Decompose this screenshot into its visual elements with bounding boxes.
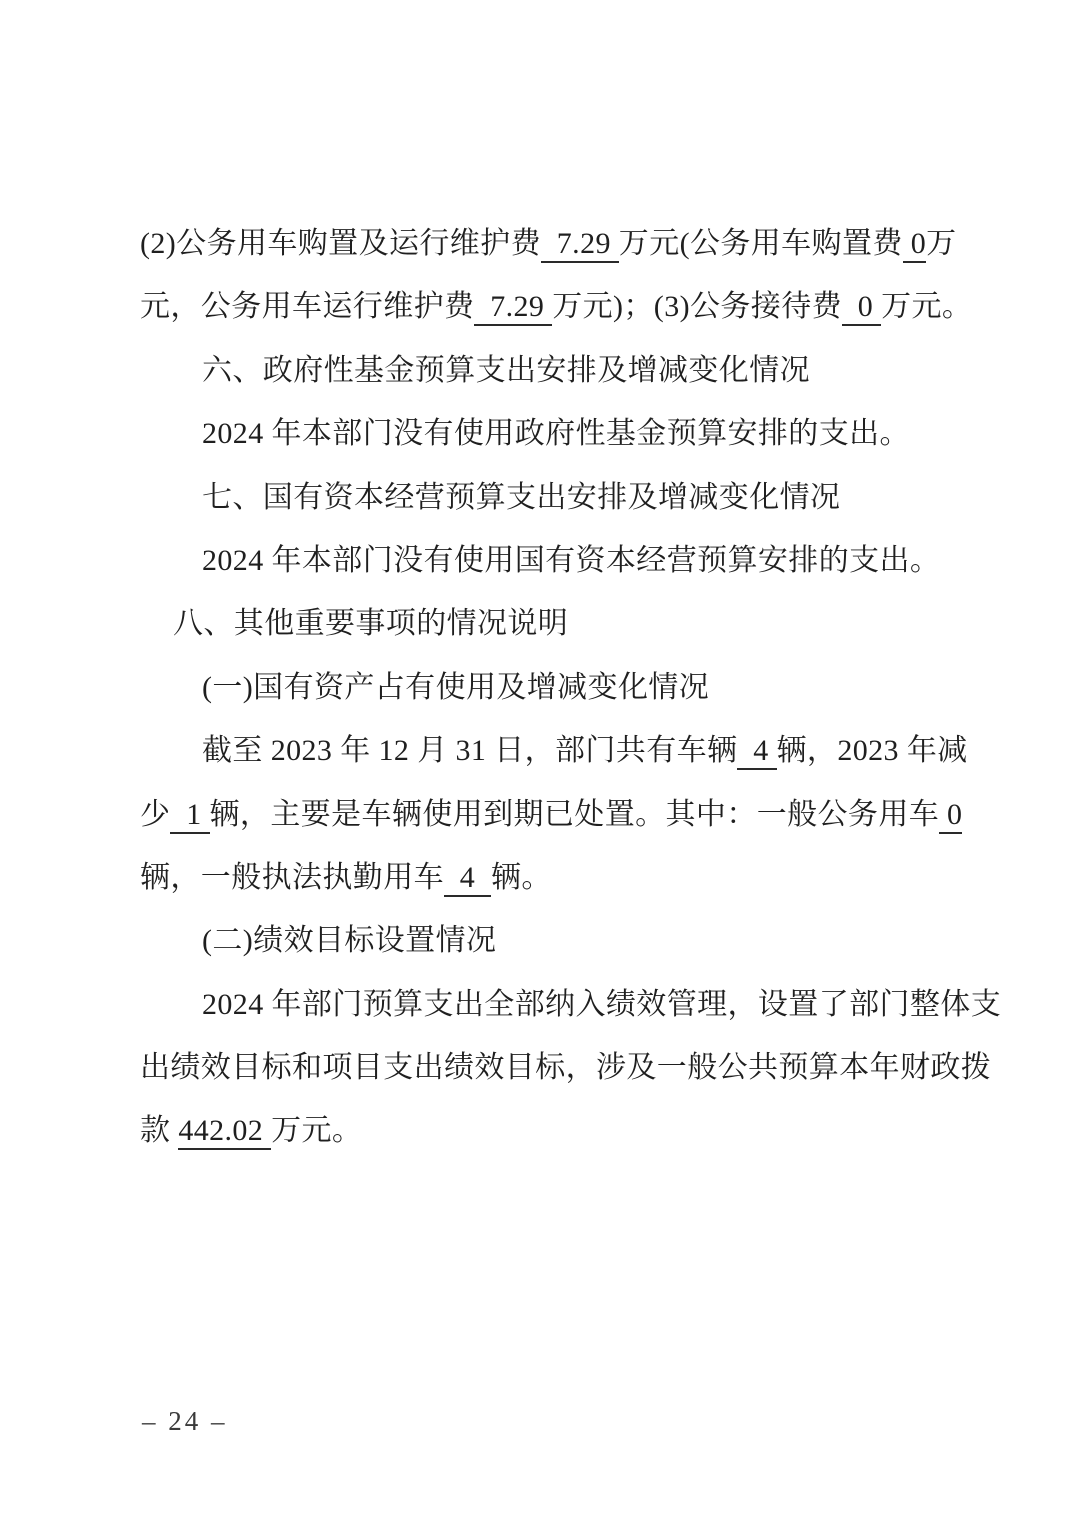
page-number: – 24 – bbox=[142, 1406, 228, 1437]
text-run: 万元。 bbox=[271, 1114, 362, 1147]
text-run: 万 bbox=[926, 227, 956, 260]
text-run: 万元。 bbox=[881, 290, 972, 323]
text-run: 元，公务用车运行维护费 bbox=[140, 290, 474, 323]
underlined-value: 0 bbox=[842, 290, 881, 326]
text-run: 截至 2023 年 12 月 31 日，部门共有车辆 bbox=[202, 734, 737, 767]
document-page: (2)公务用车购置及运行维护费 7.29 万元(公务用车购置费 0万元，公务用车… bbox=[0, 0, 1074, 1520]
text-run: 七、国有资本经营预算支出安排及增减变化情况 bbox=[202, 481, 840, 514]
underlined-value: 1 bbox=[170, 798, 209, 834]
underlined-value: 4 bbox=[444, 861, 491, 897]
text-run: (二)绩效目标设置情况 bbox=[202, 924, 496, 957]
underlined-value: 0 bbox=[939, 798, 962, 834]
text-run: 出绩效目标和项目支出绩效目标，涉及一般公共预算本年财政拨 bbox=[140, 1051, 991, 1084]
text-run: 八、其他重要事项的情况说明 bbox=[173, 607, 568, 640]
text-line: 2024 年本部门没有使用国有资本经营预算安排的支出。 bbox=[140, 529, 955, 592]
text-run: 辆。 bbox=[491, 861, 552, 894]
text-line: 八、其他重要事项的情况说明 bbox=[140, 592, 955, 655]
underlined-value: 7.29 bbox=[541, 227, 619, 263]
underlined-value: 442.02 bbox=[178, 1114, 271, 1150]
text-line: (2)公务用车购置及运行维护费 7.29 万元(公务用车购置费 0万 bbox=[140, 212, 955, 275]
underlined-value: 4 bbox=[737, 734, 776, 770]
text-run: 2024 年部门预算支出全部纳入绩效管理，设置了部门整体支 bbox=[202, 988, 1001, 1021]
text-line: 2024 年本部门没有使用政府性基金预算安排的支出。 bbox=[140, 402, 955, 465]
text-line: 少 1 辆，主要是车辆使用到期已处置。其中：一般公务用车 0 bbox=[140, 783, 955, 846]
text-run: 六、政府性基金预算支出安排及增减变化情况 bbox=[202, 354, 810, 387]
text-run: 2024 年本部门没有使用国有资本经营预算安排的支出。 bbox=[202, 544, 940, 577]
text-line: 款 442.02 万元。 bbox=[140, 1099, 955, 1162]
text-run: 款 bbox=[140, 1114, 178, 1147]
text-run: (2)公务用车购置及运行维护费 bbox=[140, 227, 541, 260]
text-run: (一)国有资产占有使用及增减变化情况 bbox=[202, 671, 709, 704]
underlined-value: 0 bbox=[903, 227, 926, 263]
text-line: 七、国有资本经营预算支出安排及增减变化情况 bbox=[140, 466, 955, 529]
text-line: 元，公务用车运行维护费 7.29 万元)；(3)公务接待费 0 万元。 bbox=[140, 275, 955, 338]
underlined-value: 7.29 bbox=[474, 290, 552, 326]
text-run: 万元(公务用车购置费 bbox=[619, 227, 903, 260]
text-line: 六、政府性基金预算支出安排及增减变化情况 bbox=[140, 339, 955, 402]
document-lines: (2)公务用车购置及运行维护费 7.29 万元(公务用车购置费 0万元，公务用车… bbox=[140, 212, 955, 1163]
text-line: 辆，一般执法执勤用车 4 辆。 bbox=[140, 846, 955, 909]
text-line: 出绩效目标和项目支出绩效目标，涉及一般公共预算本年财政拨 bbox=[140, 1036, 955, 1099]
text-run: 辆，2023 年减 bbox=[777, 734, 968, 767]
text-run: 少 bbox=[140, 798, 170, 831]
text-line: 截至 2023 年 12 月 31 日，部门共有车辆 4 辆，2023 年减 bbox=[140, 719, 955, 782]
text-line: (一)国有资产占有使用及增减变化情况 bbox=[140, 656, 955, 719]
text-line: (二)绩效目标设置情况 bbox=[140, 909, 955, 972]
text-run: 2024 年本部门没有使用政府性基金预算安排的支出。 bbox=[202, 417, 910, 450]
text-line: 2024 年部门预算支出全部纳入绩效管理，设置了部门整体支 bbox=[140, 973, 955, 1036]
text-run: 辆，一般执法执勤用车 bbox=[140, 861, 444, 894]
text-run: 万元)；(3)公务接待费 bbox=[552, 290, 842, 323]
text-run: 辆，主要是车辆使用到期已处置。其中：一般公务用车 bbox=[210, 798, 940, 831]
